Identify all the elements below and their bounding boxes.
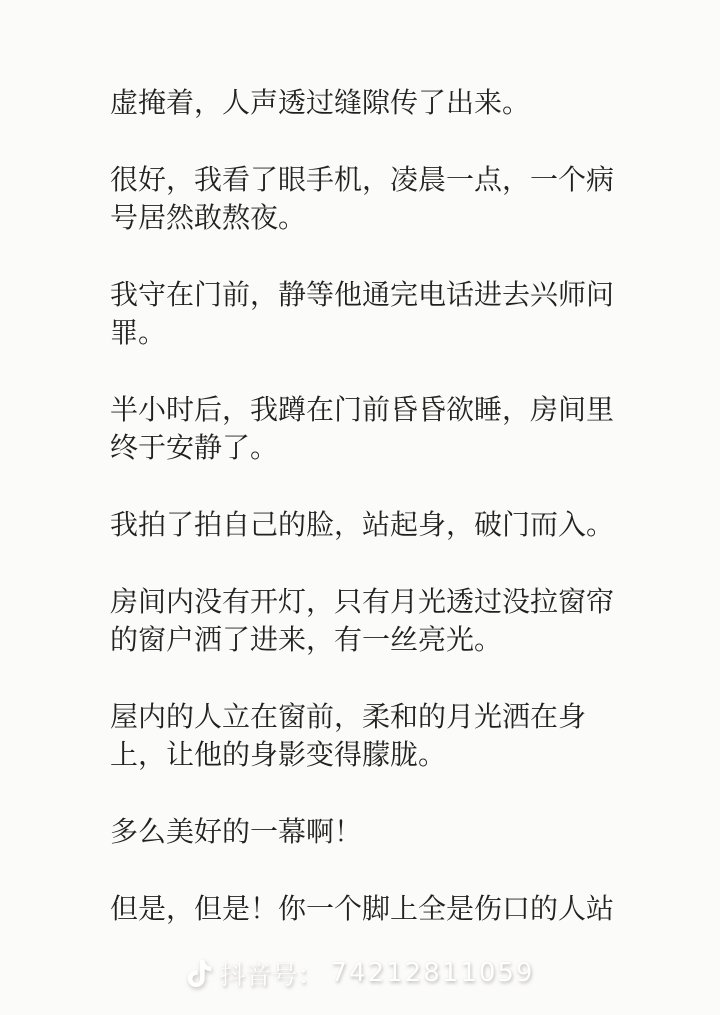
paragraph-3: 我守在门前，静等他通完电话进去兴师问罪。 [110, 276, 618, 352]
paragraph-1: 虚掩着，人声透过缝隙传了出来。 [110, 84, 618, 122]
paragraph-4: 半小时后，我蹲在门前昏昏欲睡，房间里终于安静了。 [110, 391, 618, 467]
watermark-number: 74212811059 [331, 958, 535, 988]
paragraph-8: 多么美好的一幕啊！ [110, 813, 618, 851]
paragraph-2: 很好，我看了眼手机，凌晨一点，一个病号居然敢熬夜。 [110, 161, 618, 237]
paragraph-9: 但是，但是！你一个脚上全是伤口的人站 [110, 890, 618, 928]
paragraph-5: 我拍了拍自己的脸，站起身，破门而入。 [110, 506, 618, 544]
story-page: 虚掩着，人声透过缝隙传了出来。 很好，我看了眼手机，凌晨一点，一个病号居然敢熬夜… [0, 0, 720, 1015]
paragraph-6: 房间内没有开灯，只有月光透过没拉窗帘的窗户洒了进来，有一丝亮光。 [110, 583, 618, 659]
paragraph-7: 屋内的人立在窗前，柔和的月光洒在身上，让他的身影变得朦胧。 [110, 698, 618, 774]
douyin-note-icon [186, 958, 213, 989]
watermark-label: 抖音号： [220, 955, 324, 992]
douyin-watermark: 抖音号： 74212811059 [0, 951, 720, 995]
story-text: 虚掩着，人声透过缝隙传了出来。 很好，我看了眼手机，凌晨一点，一个病号居然敢熬夜… [110, 84, 618, 928]
